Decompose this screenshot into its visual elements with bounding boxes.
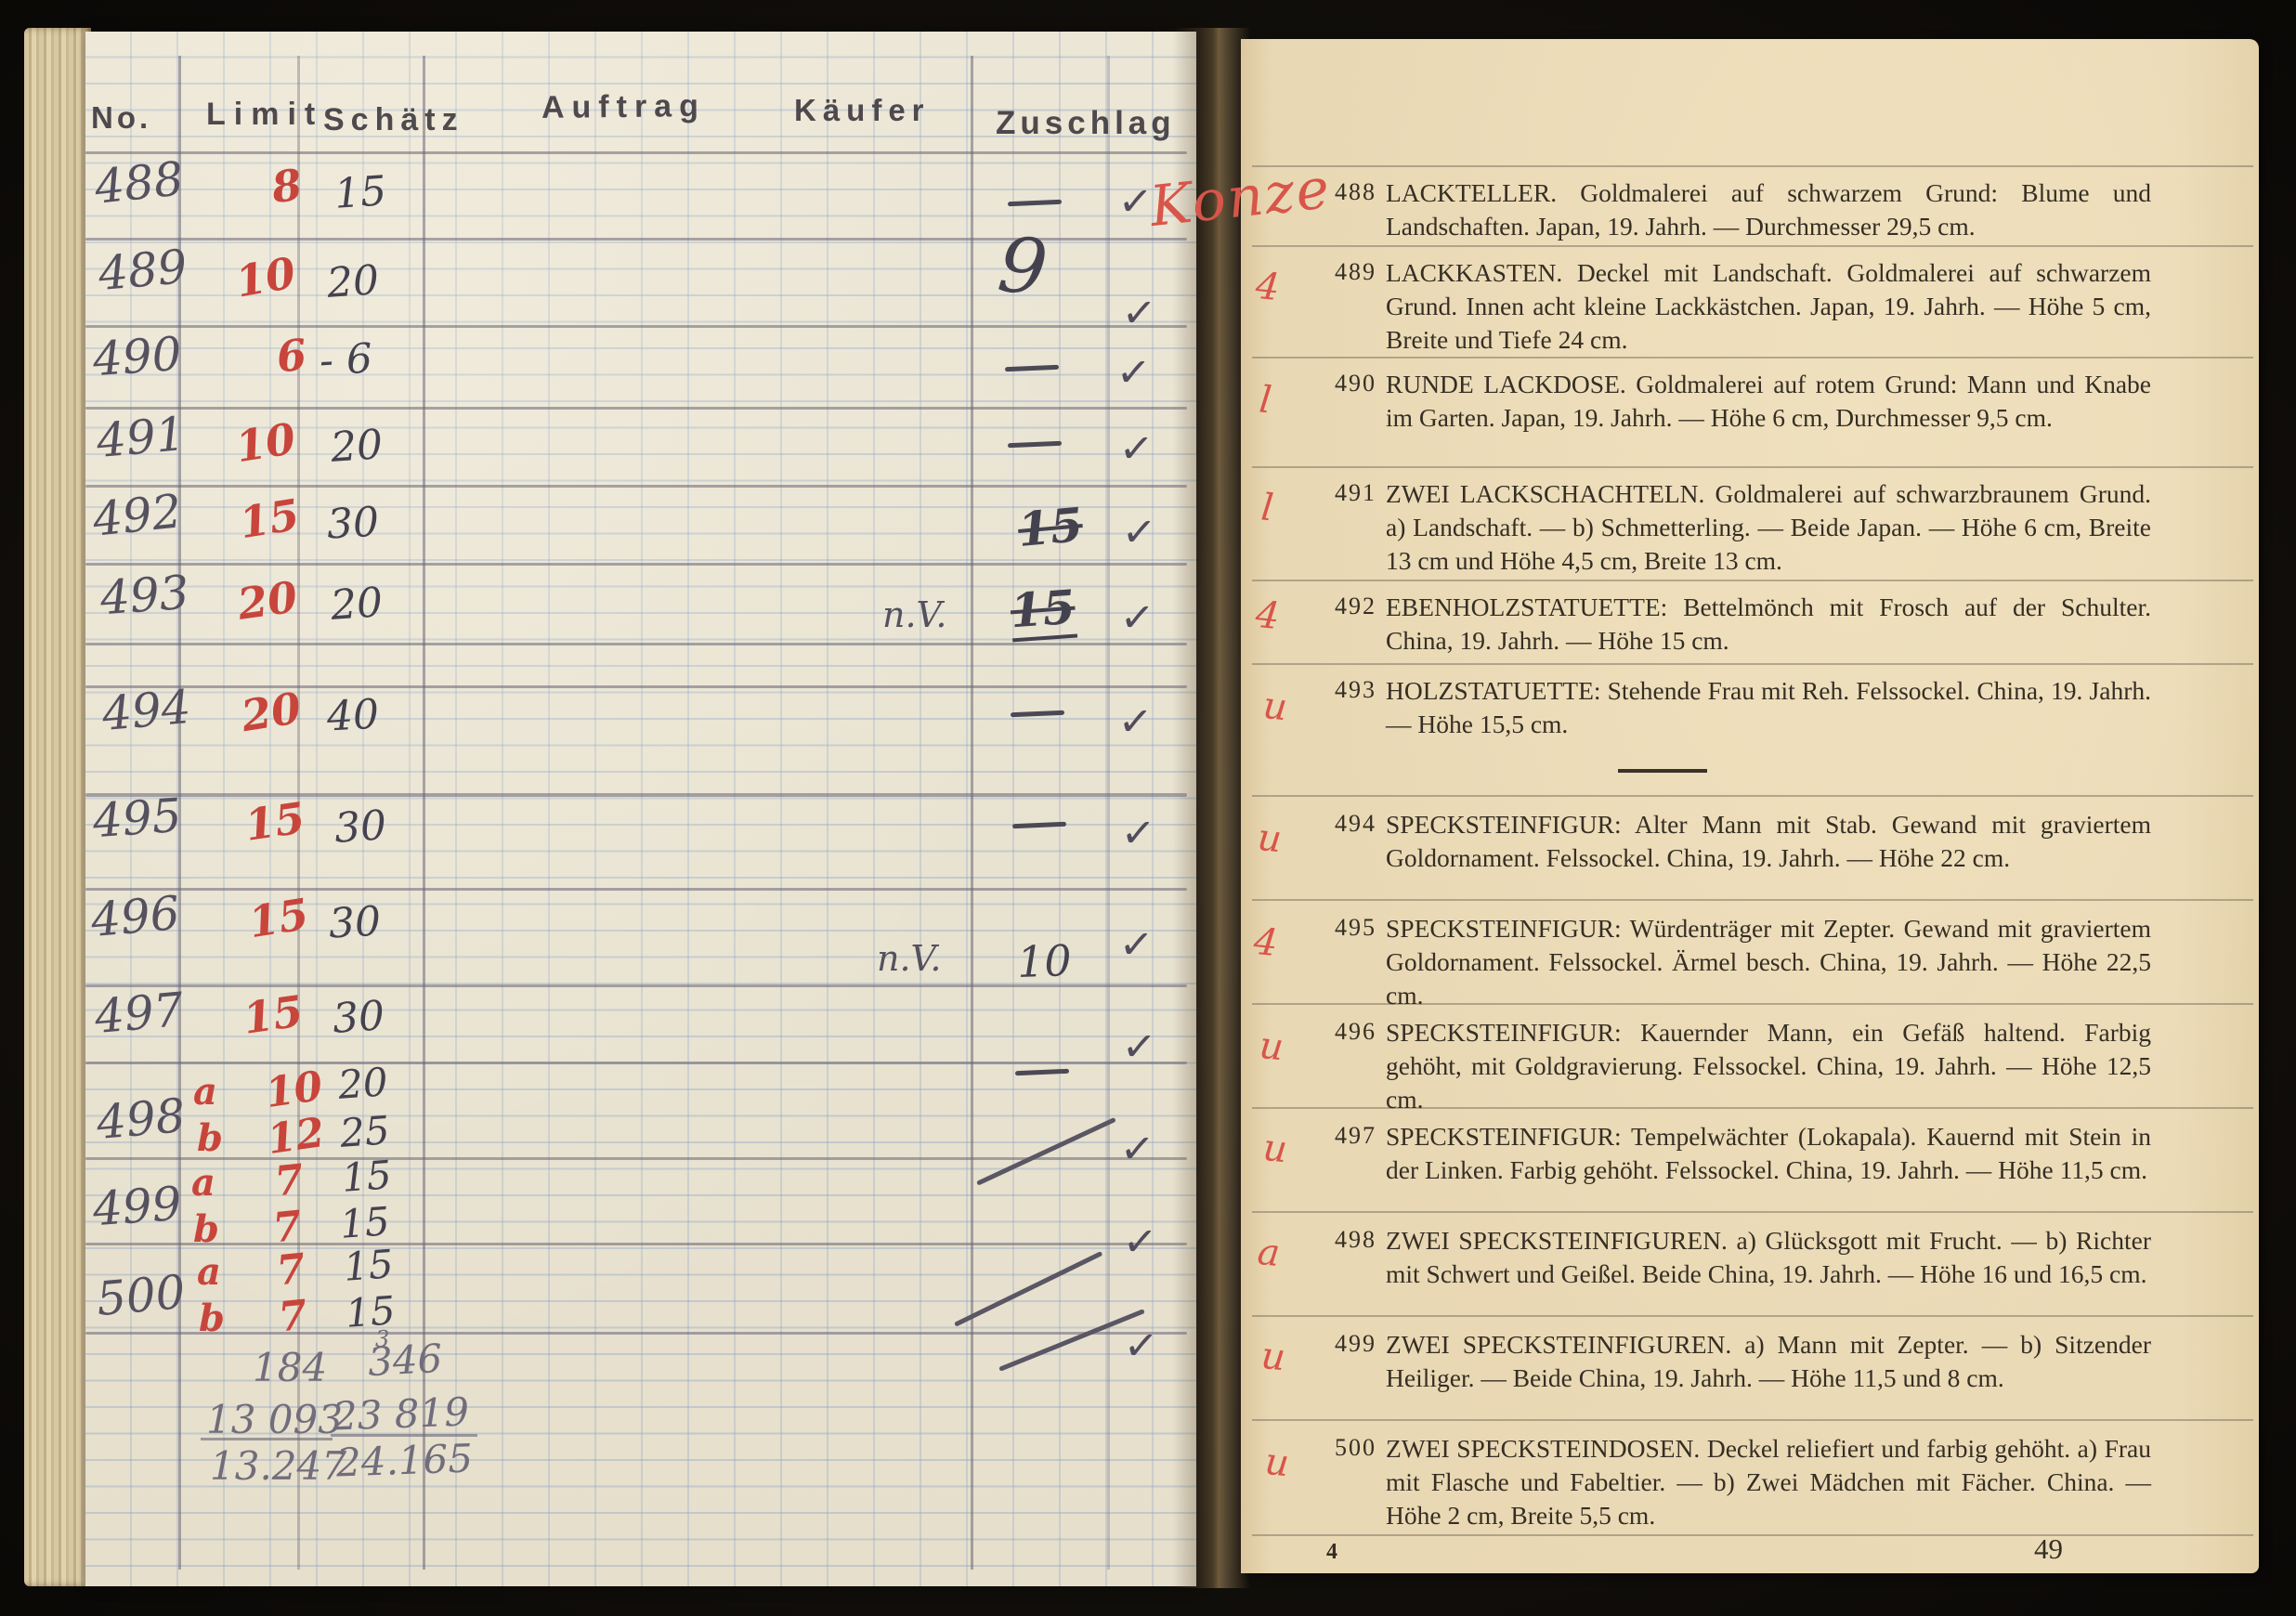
entry-separator: [1252, 245, 2253, 247]
catalog-entry: SPECKSTEINFIGUR: Tempelwächter (Lokapala…: [1386, 1120, 2151, 1187]
column-header-zuschlag: Zuschlag: [996, 105, 1176, 142]
schaetz-value: 20: [329, 579, 384, 630]
row-separator: [85, 888, 1187, 891]
entry-text: LACKTELLER. Goldmalerei auf schwarzem Gr…: [1386, 176, 2151, 243]
entry-text: ZWEI SPECKSTEINFIGUREN. a) Glücksgott mi…: [1386, 1224, 2151, 1291]
lot-number: 491: [95, 407, 188, 468]
check-mark: ✓: [1119, 809, 1156, 858]
catalog-entry: EBENHOLZSTATUETTE: Bettelmönch mit Frosc…: [1386, 591, 2151, 658]
section-divider-rule: [1618, 769, 1707, 773]
catalog-entry: LACKKASTEN. Deckel mit Landschaft. Goldm…: [1386, 256, 2151, 357]
limit-value: 20: [232, 683, 305, 742]
catalog-entry: HOLZSTATUETTE: Stehende Frau mit Reh. Fe…: [1386, 674, 2151, 741]
schaetz-value: 15: [333, 167, 387, 218]
catalog-entry: ZWEI SPECKSTEINFIGUREN. a) Glücksgott mi…: [1386, 1224, 2151, 1291]
lot-number: 488: [92, 151, 186, 215]
check-mark: ✓: [1122, 1322, 1159, 1371]
red-margin-mark: a: [1256, 1231, 1283, 1275]
entry-number: 499: [1317, 1330, 1376, 1358]
column-header-no: No.: [91, 100, 151, 136]
sub-letter: b: [197, 1116, 223, 1160]
lot-number: 500: [95, 1265, 188, 1326]
check-mark: ✓: [1117, 920, 1155, 970]
check-mark: ✓: [1120, 508, 1157, 557]
entry-separator: [1252, 663, 2253, 665]
sub-letter: a: [197, 1250, 221, 1294]
catalog-entry: ZWEI LACKSCHACHTELN. Goldmalerei auf sch…: [1386, 477, 2151, 578]
catalog-entry: ZWEI SPECKSTEINDOSEN. Deckel reliefiert …: [1386, 1432, 2151, 1532]
schaetz-value: 20: [329, 421, 384, 472]
red-margin-mark: u: [1258, 1024, 1285, 1069]
entry-number: 495: [1317, 914, 1376, 942]
limit-value: 7: [272, 1156, 306, 1206]
column-rule: [1107, 56, 1110, 1570]
entry-text: EBENHOLZSTATUETTE: Bettelmönch mit Frosc…: [1386, 591, 2151, 658]
entry-text: SPECKSTEINFIGUR: Kauernder Mann, ein Gef…: [1386, 1016, 2151, 1116]
schaetz-value: 15: [338, 1198, 391, 1247]
sub-letter: a: [191, 1161, 215, 1205]
column-header-schaetz: Schätz: [323, 102, 464, 138]
entry-number: 489: [1317, 258, 1376, 286]
lot-number: 498: [95, 1088, 188, 1150]
schaetz-value: 15: [342, 1241, 395, 1290]
total-count-schaetz: 346: [367, 1336, 444, 1385]
red-margin-mark: u: [1261, 1127, 1289, 1171]
entry-separator: [1252, 1534, 2253, 1536]
entry-text: SPECKSTEINFIGUR: Würdenträger mit Zepter…: [1386, 912, 2151, 1012]
entry-number: 490: [1317, 370, 1376, 397]
schaetz-value: 30: [326, 499, 381, 549]
schaetz-value: 40: [326, 691, 381, 741]
red-margin-mark: 4: [1252, 920, 1280, 965]
kaeufer-note: n.V.: [882, 594, 946, 635]
limit-value: 10: [227, 413, 299, 473]
row-separator: [85, 643, 1187, 645]
column-header-auftrag: Auftrag: [541, 88, 706, 126]
catalog-entry: SPECKSTEINFIGUR: Würdenträger mit Zepter…: [1386, 912, 2151, 1012]
entry-number: 492: [1317, 593, 1376, 620]
limit-value: 7: [274, 1245, 307, 1296]
lot-number: 495: [91, 788, 183, 849]
check-mark: ✓: [1116, 697, 1154, 747]
lot-number: 490: [91, 327, 183, 387]
entry-separator: [1252, 466, 2253, 468]
lot-number: 497: [93, 983, 186, 1044]
lot-number: 493: [98, 566, 190, 626]
zuschlag-value: 9: [994, 221, 1051, 314]
zuschlag-value-struck: 15: [1009, 580, 1077, 643]
limit-value: 15: [237, 792, 308, 851]
sub-letter: a: [193, 1070, 217, 1114]
check-mark: ✓: [1120, 289, 1157, 338]
schaetz-value: 15: [340, 1152, 393, 1201]
schaetz-value: 30: [331, 992, 385, 1043]
schaetz-value: 25: [338, 1107, 391, 1156]
catalog-entry: RUNDE LACKDOSE. Goldmalerei auf rotem Gr…: [1386, 368, 2151, 435]
entry-number: 496: [1317, 1018, 1376, 1046]
entry-number: 500: [1317, 1434, 1376, 1462]
limit-value: 15: [240, 889, 312, 948]
red-margin-mark: 4: [1254, 265, 1282, 309]
entry-text: ZWEI SPECKSTEINFIGUREN. a) Mann mit Zept…: [1386, 1328, 2151, 1395]
catalog-entry: LACKTELLER. Goldmalerei auf schwarzem Gr…: [1386, 176, 2151, 243]
entry-separator: [1252, 1315, 2253, 1317]
catalog-entry: ZWEI SPECKSTEINFIGUREN. a) Mann mit Zept…: [1386, 1328, 2151, 1395]
entry-separator: [1252, 580, 2253, 581]
check-mark: ✓: [1118, 1125, 1155, 1174]
entry-text: LACKKASTEN. Deckel mit Landschaft. Goldm…: [1386, 256, 2151, 357]
entry-number: 493: [1317, 676, 1376, 704]
schaetz-value: 20: [336, 1059, 389, 1108]
kaeufer-note: n.V.: [877, 938, 941, 979]
grand-total-schaetz: 24.165: [335, 1435, 474, 1485]
red-margin-mark: u: [1256, 816, 1284, 861]
row-separator: [85, 325, 1187, 328]
lot-number: 492: [90, 484, 184, 547]
catalog-entry: SPECKSTEINFIGUR: Alter Mann mit Stab. Ge…: [1386, 808, 2151, 875]
entry-number: 497: [1317, 1122, 1376, 1150]
red-margin-mark: u: [1259, 1335, 1287, 1379]
schaetz-value: 30: [333, 801, 387, 853]
signature-mark: 4: [1326, 1540, 1337, 1565]
check-mark: ✓: [1121, 1218, 1158, 1267]
limit-value: 8: [234, 159, 306, 217]
red-margin-mark: u: [1263, 1440, 1291, 1485]
schaetz-value: - 6: [319, 335, 373, 385]
row-separator: [85, 1062, 1187, 1064]
column-header-kaeufer: Käufer: [794, 93, 931, 128]
entry-number: 491: [1317, 479, 1376, 507]
limit-value: 6: [239, 329, 308, 385]
row-separator: [85, 151, 1187, 154]
entry-text: RUNDE LACKDOSE. Goldmalerei auf rotem Gr…: [1386, 368, 2151, 435]
entry-separator: [1252, 899, 2253, 901]
entry-text: SPECKSTEINFIGUR: Tempelwächter (Lokapala…: [1386, 1120, 2151, 1187]
entry-text: SPECKSTEINFIGUR: Alter Mann mit Stab. Ge…: [1386, 808, 2151, 875]
check-mark: ✓: [1118, 593, 1155, 643]
book-scan: { "colors": { "red_ink": "#c8453c", "pen…: [0, 0, 2296, 1616]
grand-total-limit: 13.247: [210, 1443, 346, 1489]
schaetz-value: 30: [328, 898, 383, 948]
row-separator: [85, 1243, 1187, 1245]
red-margin-mark: 4: [1254, 593, 1282, 638]
entry-separator: [1252, 795, 2253, 797]
entry-separator: [1252, 1419, 2253, 1421]
limit-value: 7: [276, 1292, 309, 1342]
check-mark: ✓: [1117, 424, 1155, 474]
limit-value: 15: [230, 489, 303, 549]
zuschlag-value-struck: 15: [1016, 497, 1085, 557]
limit-value: 20: [229, 571, 301, 630]
sub-letter: b: [199, 1297, 225, 1340]
total-sum-schaetz: 23 819: [332, 1388, 470, 1439]
red-margin-mark: u: [1261, 684, 1289, 729]
entry-number: 488: [1317, 178, 1376, 206]
lot-number: 489: [97, 240, 189, 301]
column-header-limit: Limit: [206, 97, 323, 133]
row-separator: [85, 563, 1187, 566]
entry-separator: [1252, 1211, 2253, 1213]
row-separator: [85, 685, 1187, 688]
total-count-limit: 184: [253, 1345, 327, 1390]
zuschlag-value: 10: [1016, 935, 1072, 987]
row-separator: [85, 1332, 1187, 1335]
sub-letter: b: [193, 1207, 219, 1251]
page-edge-stack: [24, 28, 91, 1586]
catalog-entry: SPECKSTEINFIGUR: Kauernder Mann, ein Gef…: [1386, 1016, 2151, 1116]
check-mark: ✓: [1115, 348, 1152, 397]
entry-text: ZWEI SPECKSTEINDOSEN. Deckel reliefiert …: [1386, 1432, 2151, 1532]
lot-number: 496: [89, 886, 182, 947]
row-separator: [85, 793, 1187, 797]
check-mark: ✓: [1120, 1023, 1157, 1072]
entry-separator: [1252, 357, 2253, 358]
total-sum-limit: 13 093: [206, 1397, 343, 1442]
book-gutter: [1172, 28, 1250, 1588]
entry-number: 494: [1317, 810, 1376, 838]
total-rule: [201, 1438, 333, 1440]
page-number: 49: [2034, 1532, 2063, 1566]
entry-separator: [1252, 165, 2253, 167]
lot-number: 499: [91, 1177, 183, 1237]
entry-text: ZWEI LACKSCHACHTELN. Goldmalerei auf sch…: [1386, 477, 2151, 578]
row-separator: [85, 407, 1187, 410]
limit-value: 15: [235, 985, 307, 1044]
column-rule: [971, 56, 973, 1570]
lot-number: 494: [100, 680, 193, 741]
schaetz-value: 20: [325, 256, 380, 307]
entry-number: 498: [1317, 1226, 1376, 1254]
entry-text: HOLZSTATUETTE: Stehende Frau mit Reh. Fe…: [1386, 674, 2151, 741]
row-separator: [85, 485, 1187, 488]
